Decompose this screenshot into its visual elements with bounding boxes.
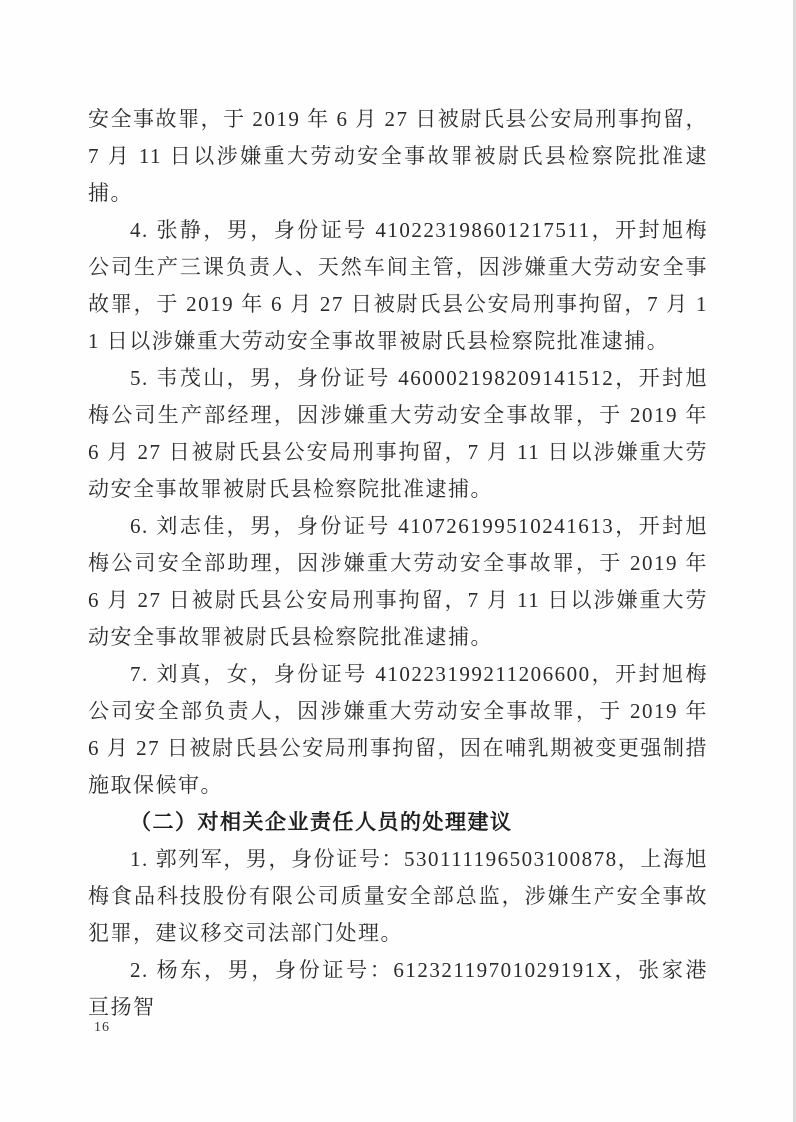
document-page: 安全事故罪，于 2019 年 6 月 27 日被尉氏县公安局刑事拘留，7 月 1… bbox=[0, 0, 796, 1122]
paragraph-continuation: 安全事故罪，于 2019 年 6 月 27 日被尉氏县公安局刑事拘留，7 月 1… bbox=[88, 101, 708, 212]
page-number: 16 bbox=[94, 1020, 110, 1036]
document-body: 安全事故罪，于 2019 年 6 月 27 日被尉氏县公安局刑事拘留，7 月 1… bbox=[88, 101, 708, 1026]
list-item-5-wei-maoshan: 5. 韦茂山，男，身份证号 460002198209141512，开封旭梅公司生… bbox=[88, 360, 708, 508]
list-item-1-guo-liejun: 1. 郭列军，男，身份证号：530111196503100878，上海旭梅食品科… bbox=[88, 841, 708, 952]
list-item-7-liu-zhen: 7. 刘真，女，身份证号 410223199211206600，开封旭梅公司安全… bbox=[88, 656, 708, 804]
list-item-4-zhang-jing: 4. 张静，男，身份证号 410223198601217511，开封旭梅公司生产… bbox=[88, 212, 708, 360]
list-item-6-liu-zhijia: 6. 刘志佳，男，身份证号 410726199510241613，开封旭梅公司安… bbox=[88, 508, 708, 656]
section-heading-2: （二）对相关企业责任人员的处理建议 bbox=[88, 804, 708, 841]
list-item-2-yang-dong: 2. 杨东，男，身份证号：61232119701029191X，张家港亘扬智 bbox=[88, 952, 708, 1026]
